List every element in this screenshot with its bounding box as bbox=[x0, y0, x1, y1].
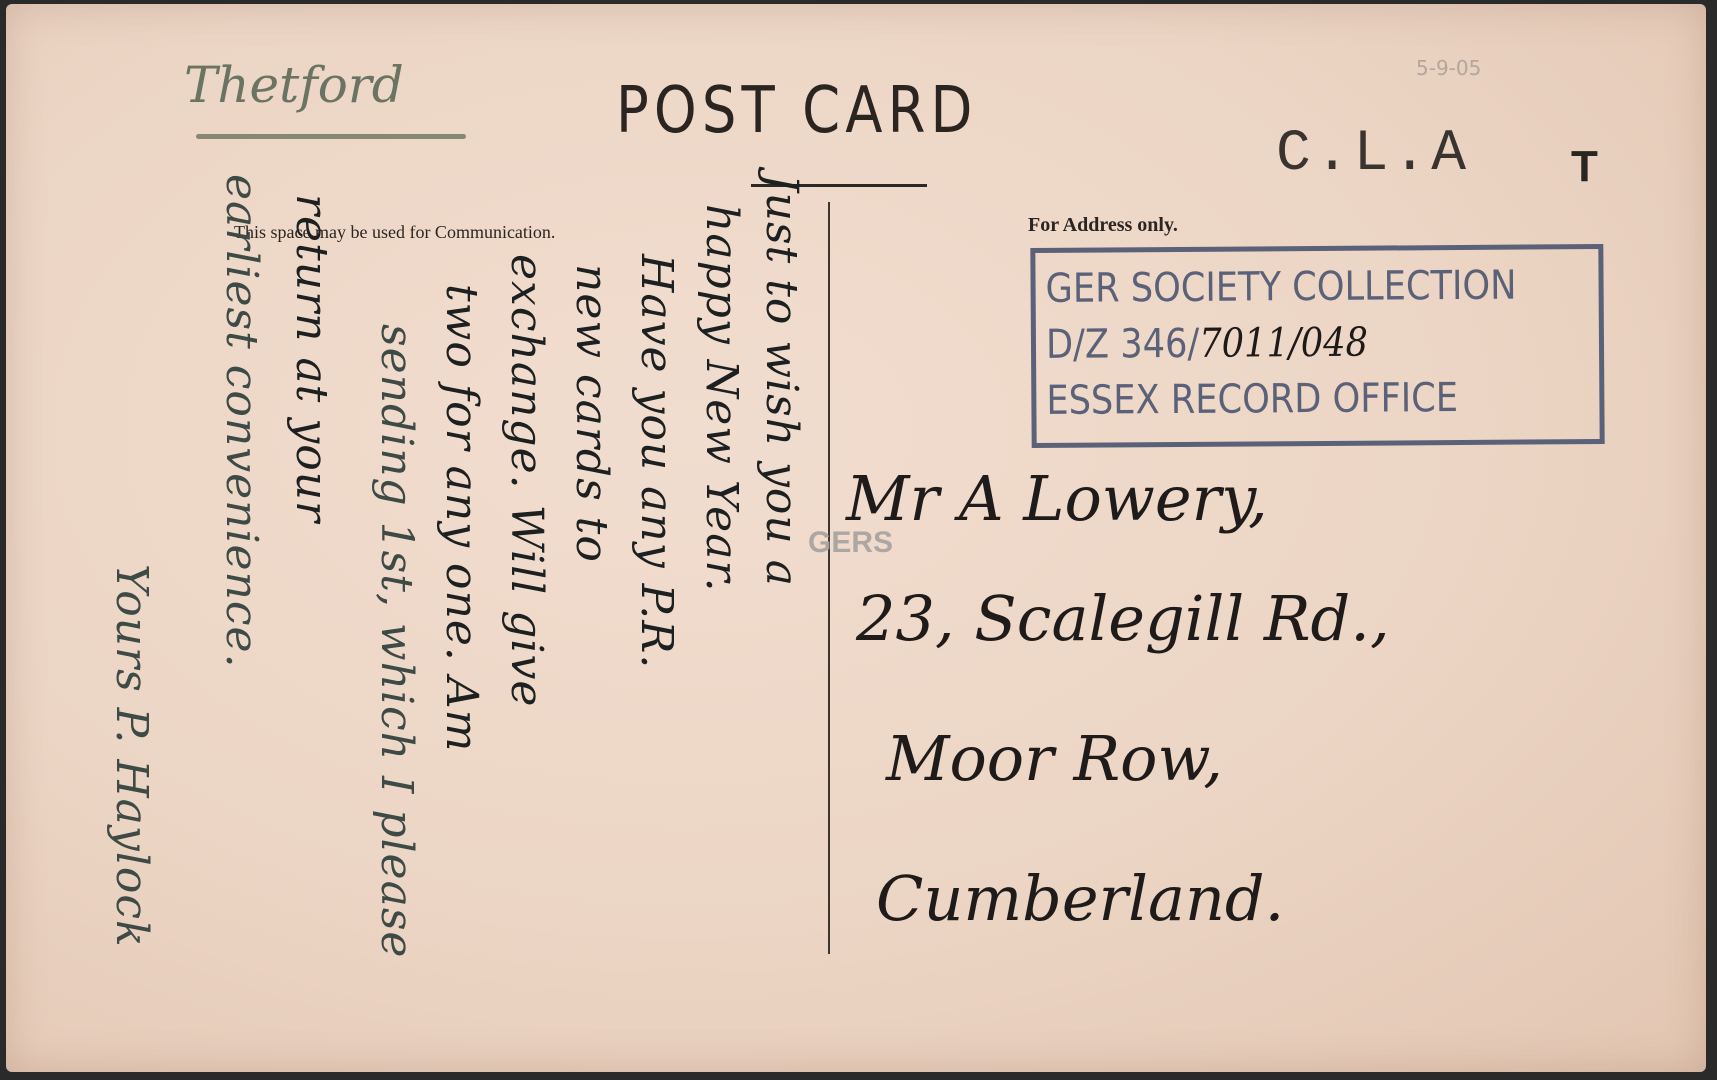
address-town: Moor Row, bbox=[886, 722, 1223, 795]
address-county: Cumberland. bbox=[876, 862, 1284, 935]
message-line: happy New Year. bbox=[696, 204, 747, 593]
message-line: Just to wish you a bbox=[756, 174, 807, 587]
message-signature: Yours P. Haylock bbox=[106, 564, 157, 948]
message-line: Have you any P.R. bbox=[631, 254, 682, 669]
message-line: sending 1st, which I please bbox=[371, 324, 422, 958]
stamp-line-3: ESSEX RECORD OFFICE bbox=[1046, 370, 1524, 429]
message-line: new cards to bbox=[566, 264, 617, 563]
stamp-reference-handwritten: 7011/048 bbox=[1199, 320, 1368, 367]
handwritten-message: Just to wish you a happy New Year. Have … bbox=[86, 164, 826, 1054]
publisher-mark: C.L.A bbox=[1276, 122, 1470, 187]
stamp-line-2: D/Z 346/7011/048 bbox=[1046, 314, 1524, 373]
stamp-reference-printed: D/Z 346/ bbox=[1046, 321, 1200, 368]
corner-mark: T bbox=[1571, 142, 1598, 192]
message-line: exchange. Will give bbox=[501, 254, 552, 707]
center-divider bbox=[828, 202, 830, 954]
address-label: For Address only. bbox=[1028, 214, 1178, 237]
message-line: two for any one. Am bbox=[436, 284, 487, 752]
place-underline bbox=[196, 134, 466, 139]
archive-stamp: GER SOCIETY COLLECTION D/Z 346/7011/048 … bbox=[1030, 244, 1604, 448]
address-street: 23, Scalegill Rd., bbox=[856, 582, 1390, 655]
postcard-back: Thetford POST CARD 5-9-05 C.L.A T This s… bbox=[6, 4, 1706, 1072]
postcard-title: POST CARD bbox=[616, 74, 977, 148]
stamp-line-1: GER SOCIETY COLLECTION bbox=[1045, 258, 1523, 317]
message-line: return at your bbox=[286, 194, 337, 523]
address-recipient: Mr A Lowery, bbox=[846, 462, 1268, 535]
message-line: earliest convenience. bbox=[216, 174, 267, 669]
pencil-note: 5-9-05 bbox=[1416, 56, 1481, 80]
place-name-handwritten: Thetford bbox=[184, 56, 404, 114]
